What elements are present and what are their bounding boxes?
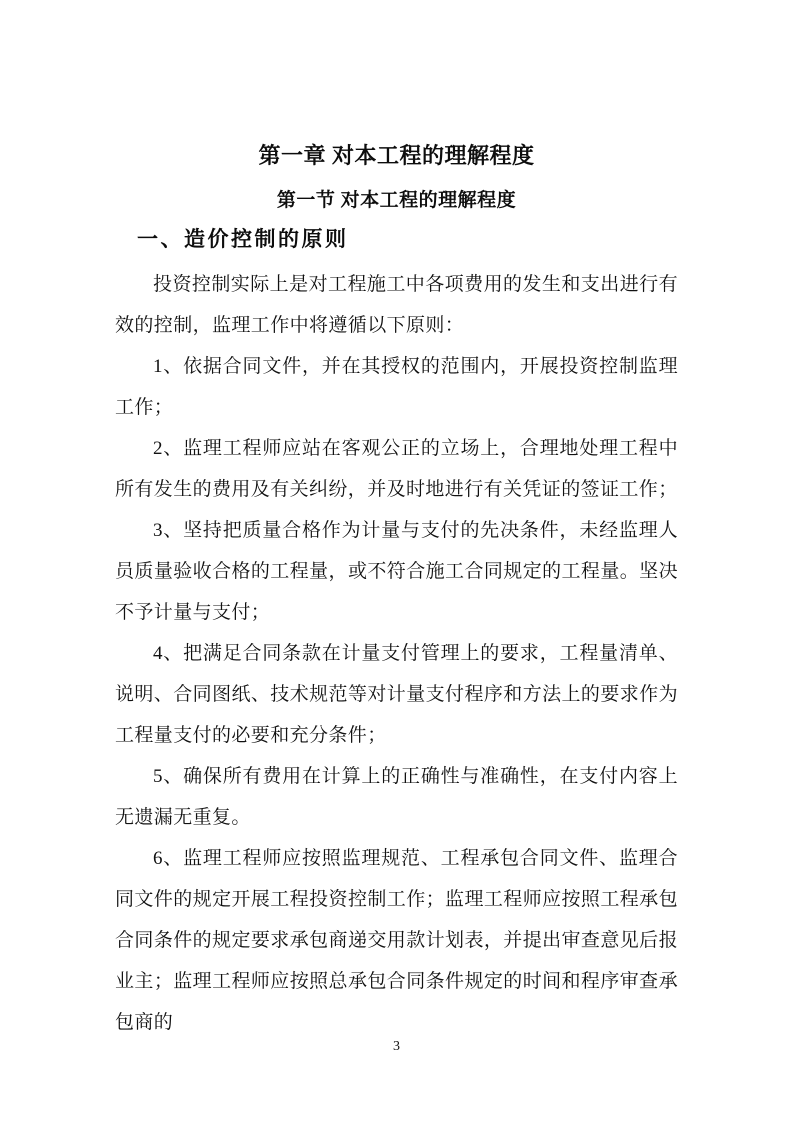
- paragraph-intro: 投资控制实际上是对工程施工中各项费用的发生和支出进行有效的控制，监理工作中将遵循…: [115, 264, 678, 346]
- body-text: 投资控制实际上是对工程施工中各项费用的发生和支出进行有效的控制，监理工作中将遵循…: [115, 264, 678, 1043]
- paragraph-item-6: 6、监理工程师应按照监理规范、工程承包合同文件、监理合同文件的规定开展工程投资控…: [115, 838, 678, 1043]
- subsection-heading: 一、造价控制的原则: [115, 226, 678, 252]
- paragraph-item-4: 4、把满足合同条款在计量支付管理上的要求，工程量清单、说明、合同图纸、技术规范等…: [115, 633, 678, 756]
- paragraph-item-1: 1、依据合同文件，并在其授权的范围内，开展投资控制监理工作；: [115, 346, 678, 428]
- page-footer: 3: [0, 1038, 793, 1056]
- document-page: 第一章 对本工程的理解程度 第一节 对本工程的理解程度 一、造价控制的原则 投资…: [0, 0, 793, 1122]
- section-heading: 第一节 对本工程的理解程度: [115, 188, 678, 214]
- paragraph-item-2: 2、监理工程师应站在客观公正的立场上，合理地处理工程中所有发生的费用及有关纠纷，…: [115, 428, 678, 510]
- paragraph-item-5: 5、确保所有费用在计算上的正确性与准确性，在支付内容上无遗漏无重复。: [115, 756, 678, 838]
- page-number: 3: [393, 1039, 400, 1054]
- chapter-heading: 第一章 对本工程的理解程度: [115, 142, 678, 170]
- paragraph-item-3: 3、坚持把质量合格作为计量与支付的先决条件，未经监理人员质量验收合格的工程量，或…: [115, 510, 678, 633]
